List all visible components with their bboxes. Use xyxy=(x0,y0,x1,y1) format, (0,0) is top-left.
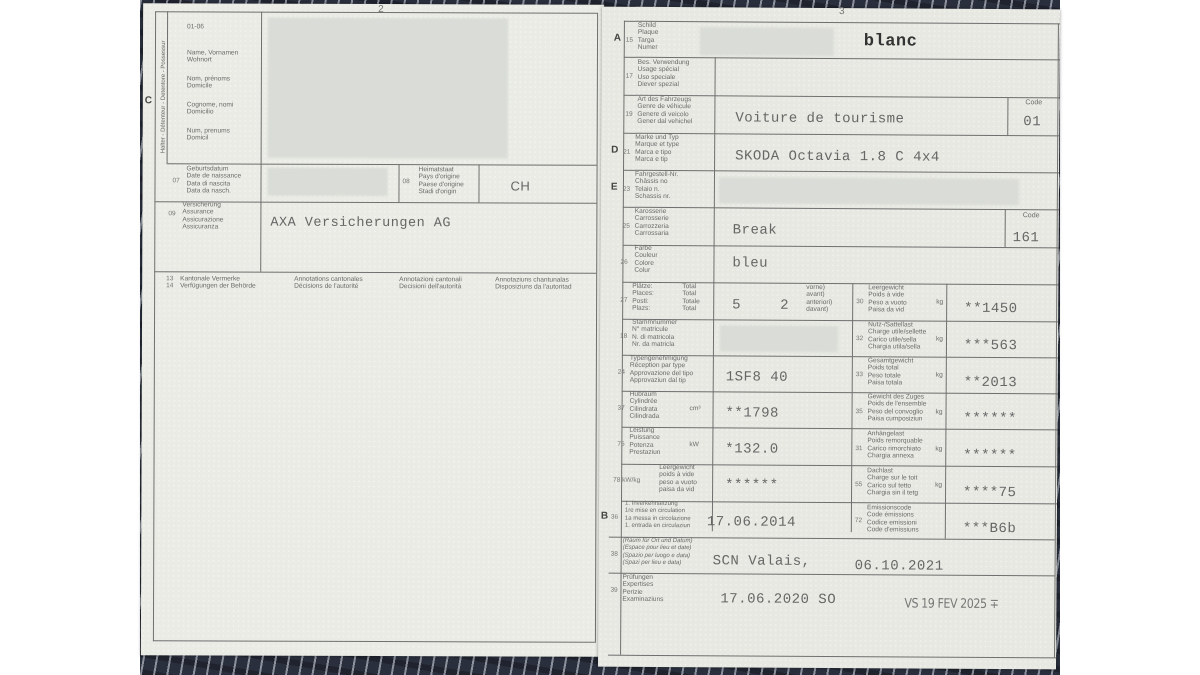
field-09-label: Versicherung Assurance Assicurazione Ass… xyxy=(182,201,223,230)
field-name-fr: Nom, prénoms Domicile xyxy=(187,75,230,90)
place-date-value: 06.10.2021 xyxy=(855,558,944,575)
trailer-load-value: ****** xyxy=(963,448,1017,464)
trailer-load-unit: kg xyxy=(935,446,942,453)
redacted-chassis-number xyxy=(719,177,1019,205)
inspection-stamp: VS 19 FEV 2025 ∓ xyxy=(904,596,998,612)
train-weight-unit: kg xyxy=(936,409,943,416)
field-31-number: 31 xyxy=(855,445,862,452)
field-09-number: 09 xyxy=(168,210,175,217)
field-78-number: 78 kW/kg xyxy=(613,477,640,484)
total-weight-value: **2013 xyxy=(964,375,1018,391)
make-model-value: SKODA Octavia 1.8 C 4x4 xyxy=(735,148,940,165)
field-76-number: 76 xyxy=(617,441,624,448)
special-use-label: Bes. Verwendung Usage spécial Uso specia… xyxy=(638,59,690,89)
power-weight-label: Leergewicht poids à vide peso a vuoto pa… xyxy=(659,464,697,493)
place-value: SCN Valais, xyxy=(713,553,811,570)
field-17-number: 17 xyxy=(626,73,633,80)
seats-total-label: Total Total Totale Total xyxy=(682,283,700,312)
field-23-number: 23 xyxy=(623,186,630,193)
section-letter-a: A xyxy=(614,33,621,44)
code-label-body: Code xyxy=(1023,212,1040,219)
field-26-number: 26 xyxy=(620,259,627,266)
power-label: Leistung Puissance Potenza Prestaziun xyxy=(629,427,660,456)
total-weight-unit: kg xyxy=(936,372,943,379)
code-label: Code xyxy=(1025,99,1042,106)
front-seats-label: vorne) avant) anteriori) davant) xyxy=(806,284,832,313)
chassis-label: Fahrgestell-Nr. Châssis no Telaio n. Sch… xyxy=(635,171,678,200)
field-72-number: 72 xyxy=(855,517,862,524)
body-label: Karosserie Carrosserie Carrozzeria Carro… xyxy=(635,208,669,237)
right-page: 3 A 15 Schild Plaque Targa Numer blanc 1… xyxy=(598,7,1060,670)
origin-value: CH xyxy=(510,178,530,193)
train-weight-value: ****** xyxy=(963,411,1017,427)
emission-code-label: Emissionscode Code émissions Codice emis… xyxy=(867,504,919,534)
page-number-right: 3 xyxy=(839,6,845,17)
field-08-label: Heimatstaat Pays d'origine Paese d'origi… xyxy=(418,166,463,195)
roof-load-label: Dachlast Charge sur le toit Carico sul t… xyxy=(867,467,918,496)
payload-label: Nutz-/Sattellast Charge utile/sellette C… xyxy=(868,321,926,351)
field-15-number: 15 xyxy=(626,37,633,44)
first-registration-value: 17.06.2014 xyxy=(707,514,796,531)
section-letter-b: B xyxy=(601,511,608,522)
field-39-number: 39 xyxy=(610,587,617,594)
annotations-it: Annotazioni cantonali Decisioni dell'aut… xyxy=(399,276,462,291)
field-01-06-number: 01-06 xyxy=(187,23,204,30)
field-name-it: Cognome, nomi Domicilio xyxy=(187,101,234,116)
annotations-de: Kantonale Vermerke Verfügungen der Behör… xyxy=(180,275,256,290)
field-27-number: 27 xyxy=(620,297,627,304)
vehicle-type-value: Voiture de tourisme xyxy=(735,110,904,127)
seats-value: 5 xyxy=(732,297,741,313)
page-number-left: 2 xyxy=(378,4,384,15)
section-letter-c: C xyxy=(145,95,152,106)
payload-value: ***563 xyxy=(964,338,1018,354)
redacted-birth-date xyxy=(267,168,387,196)
payload-unit: kg xyxy=(936,336,943,343)
plate-label: Schild Plaque Targa Numer xyxy=(638,22,659,51)
field-33-number: 33 xyxy=(856,371,863,378)
vehicle-type-label: Art des Fahrzeugs Genre de véhicule Gene… xyxy=(637,96,692,126)
body-code: 161 xyxy=(1013,230,1040,246)
redacted-holder-name xyxy=(268,18,508,159)
field-36-number: 36 xyxy=(611,514,618,521)
place-date-label: (Raum für Ort und Datum) (Espace pour li… xyxy=(623,538,693,568)
left-page: 2 C Halter - Détenteur - Detentore - Pos… xyxy=(141,3,604,657)
field-32-number: 32 xyxy=(856,335,863,342)
holder-vertical-label: Halter - Détenteur - Detentore - Possess… xyxy=(161,41,169,154)
redacted-plate-number xyxy=(700,27,834,56)
field-37-number: 37 xyxy=(618,405,625,412)
type-approval-value: 1SF8 40 xyxy=(726,369,788,385)
field-21-number: 21 xyxy=(623,149,630,156)
inspections-label: Prüfungen Expertises Perizie Examinaziun… xyxy=(622,574,663,603)
color-value: bleu xyxy=(732,255,768,271)
displacement-label: Hubraum Cylindrée Cilindrata Cilindrada xyxy=(629,391,659,420)
roof-load-unit: kg xyxy=(935,482,942,489)
field-25-number: 25 xyxy=(623,223,630,230)
trailer-load-label: Anhängelast Poids remorquable Carico rim… xyxy=(867,430,923,460)
field-35-number: 35 xyxy=(856,408,863,415)
field-14-number: 14 xyxy=(166,282,173,289)
roof-load-value: ****75 xyxy=(963,485,1017,501)
annotations-rm: Annotaziuns chantunalas Disposiziuns da … xyxy=(495,276,571,291)
empty-weight-value: **1450 xyxy=(964,301,1018,317)
displacement-unit: cm³ xyxy=(690,405,701,412)
insurance-value: AXA Versicherungen AG xyxy=(270,216,451,232)
total-weight-label: Gesamtgewicht Poids total Peso totale Pa… xyxy=(868,357,914,386)
train-weight-label: Gewicht des Zuges Poids de l'ensemble Pe… xyxy=(867,393,926,423)
registration-no-label: Stammnummer N° matricule N. di matricola… xyxy=(632,319,677,348)
power-value: *132.0 xyxy=(725,441,779,457)
field-19-number: 19 xyxy=(625,111,632,118)
field-18-number: 18 xyxy=(620,333,627,340)
annotations-fr: Annotations cantonales Décisions de l'au… xyxy=(294,276,363,291)
field-name-de: Name, Vornamen Wohnort xyxy=(187,49,238,64)
redacted-registration-number xyxy=(720,325,838,352)
field-38-number: 38 xyxy=(611,551,618,558)
section-letter-e: E xyxy=(611,182,618,193)
field-name-rm: Num, prenums Domicil xyxy=(187,127,230,142)
color-label: Farbe Couleur Colore Colur xyxy=(634,245,657,274)
emission-code-value: ***B6b xyxy=(963,521,1017,537)
plate-color-value: blanc xyxy=(864,32,918,51)
type-approval-label: Typengenehmigung Réception par type Appr… xyxy=(630,355,694,385)
empty-weight-unit: kg xyxy=(936,299,943,306)
power-weight-value: ****** xyxy=(725,477,779,493)
make-model-label: Marke und Typ Marque et type Marca e tip… xyxy=(635,134,679,163)
front-seats-value: 2 xyxy=(780,298,789,314)
field-55-number: 55 xyxy=(855,481,862,488)
body-value: Break xyxy=(733,222,778,238)
seats-label: Plätze: Places: Posti: Plazs: xyxy=(632,283,654,312)
field-07-number: 07 xyxy=(173,177,180,184)
field-24-number: 24 xyxy=(618,369,625,376)
vehicle-type-code: 01 xyxy=(1023,114,1041,130)
field-07-label: Geburtsdatum Date de naissance Data di n… xyxy=(186,165,241,194)
section-letter-d: D xyxy=(611,145,618,156)
power-unit: kW xyxy=(689,441,699,448)
field-13-number: 13 xyxy=(166,275,173,282)
first-registration-label: 1. Inverkehrsetzung 1re mise en circulat… xyxy=(625,501,691,531)
empty-weight-label: Leergewicht Poids à vide Peso a vuoto Pa… xyxy=(868,284,907,313)
field-08-number: 08 xyxy=(403,178,410,185)
inspection-value: 17.06.2020 SO xyxy=(720,591,836,608)
field-30-number: 30 xyxy=(856,298,863,305)
displacement-value: **1798 xyxy=(725,405,779,421)
